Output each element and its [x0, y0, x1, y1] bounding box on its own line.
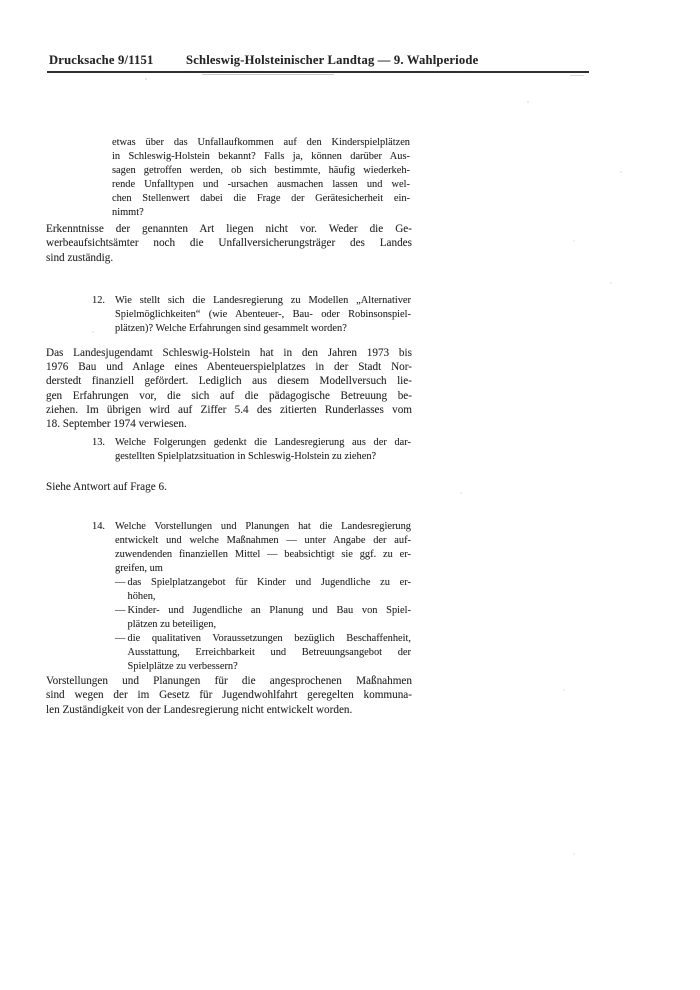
answer-11: Erkenntnisse der genannten Art liegen ni…: [46, 222, 412, 265]
text-line: 18. September 1974 verwiesen.: [46, 417, 412, 431]
header-rule: [47, 71, 589, 73]
header-rule-tail: [570, 75, 584, 76]
scan-noise: [0, 0, 2, 2]
text-line: Erkenntnisse der genannten Art liegen ni…: [46, 222, 412, 236]
text-line: die qualitativen Voraussetzungen bezügli…: [128, 632, 412, 646]
text-line: Vorstellungen und Planungen für die ange…: [46, 674, 412, 688]
text-line: sind zuständig.: [46, 251, 412, 265]
dash-bullet-marker: —: [115, 576, 128, 604]
text-line: ziehen. Im übrigen wird auf Ziffer 5.4 d…: [46, 403, 412, 417]
text-line: gen Erfahrungen vor, die sich auf die pä…: [46, 389, 412, 403]
question-14-bullet-2: — Kinder- und Jugendliche an Planung und…: [115, 604, 411, 632]
question-14-content: Welche Vorstellungen und Planungen hat d…: [115, 520, 411, 674]
text-line: Ausstattung, Erreichbarkeit und Betreuun…: [128, 646, 412, 660]
text-line: rende Unfalltypen und -ursachen ausmache…: [112, 178, 410, 192]
question-14: 14. Welche Vorstellungen und Planungen h…: [92, 520, 411, 674]
text-line: das Spielplatzangebot für Kinder und Jug…: [128, 576, 412, 590]
text-line: Welche Vorstellungen und Planungen hat d…: [115, 520, 411, 534]
answer-12: Das Landesjugendamt Schleswig-Holstein h…: [46, 346, 412, 432]
answer-13: Siehe Antwort auf Frage 6.: [46, 480, 412, 494]
text-line: plätzen)? Welche Erfahrungen sind gesamm…: [115, 322, 411, 336]
bullet-3-text: die qualitativen Voraussetzungen bezügli…: [128, 632, 412, 674]
header-rule-shadow: [202, 74, 334, 75]
text-line: Wie stellt sich die Landesregierung zu M…: [115, 294, 411, 308]
text-line: Spielplätze zu verbessern?: [128, 660, 412, 674]
text-line: sagen getroffen werden, ob sich bestimmt…: [112, 164, 410, 178]
text-line: plätzen zu beteiligen,: [128, 618, 412, 632]
text-line: sind wegen der im Gesetz für Jugendwohlf…: [46, 688, 412, 702]
question-13-number: 13.: [92, 436, 115, 464]
question-13: 13. Welche Folgerungen gedenkt die Lande…: [92, 436, 411, 464]
bullet-1-text: das Spielplatzangebot für Kinder und Jug…: [128, 576, 412, 604]
text-line: in Schleswig-Holstein bekannt? Falls ja,…: [112, 150, 410, 164]
question-14-bullet-3: — die qualitativen Voraussetzungen bezüg…: [115, 632, 411, 674]
document-page: Drucksache 9/1151 Schleswig-Holsteinisch…: [0, 0, 700, 990]
text-line: Kinder- und Jugendliche an Planung und B…: [128, 604, 412, 618]
text-line: werbeaufsichtsämter noch die Unfallversi…: [46, 236, 412, 250]
text-line: Siehe Antwort auf Frage 6.: [46, 480, 412, 494]
text-line: entwickelt und welche Maßnahmen — unter …: [115, 534, 411, 548]
document-number: Drucksache 9/1151: [49, 53, 154, 68]
text-line: len Zuständigkeit von der Landesregierun…: [46, 703, 412, 717]
question-14-number: 14.: [92, 520, 115, 674]
header-title: Schleswig-Holsteinischer Landtag — 9. Wa…: [186, 53, 478, 68]
question-11-continuation: etwas über das Unfallaufkommen auf den K…: [112, 136, 410, 220]
text-line: nimmt?: [112, 206, 410, 220]
text-line: Welche Folgerungen gedenkt die Landesreg…: [115, 436, 411, 450]
question-12-number: 12.: [92, 294, 115, 336]
text-line: derstedt finanziell gefördert. Lediglich…: [46, 374, 412, 388]
question-12: 12. Wie stellt sich die Landesregierung …: [92, 294, 411, 336]
text-line: etwas über das Unfallaufkommen auf den K…: [112, 136, 410, 150]
question-14-intro: Welche Vorstellungen und Planungen hat d…: [115, 520, 411, 576]
question-14-bullet-1: — das Spielplatzangebot für Kinder und J…: [115, 576, 411, 604]
dash-bullet-marker: —: [115, 632, 128, 674]
text-line: höhen,: [128, 590, 412, 604]
text-line: Das Landesjugendamt Schleswig-Holstein h…: [46, 346, 412, 360]
question-13-text: Welche Folgerungen gedenkt die Landesreg…: [115, 436, 411, 464]
text-line: zuwendenden finanziellen Mittel — beabsi…: [115, 548, 411, 562]
text-line: greifen, um: [115, 562, 411, 576]
dash-bullet-marker: —: [115, 604, 128, 632]
text-line: chen Stellenwert dabei die Frage der Ger…: [112, 192, 410, 206]
text-line: gestellten Spielplatzsituation in Schles…: [115, 450, 411, 464]
bullet-2-text: Kinder- und Jugendliche an Planung und B…: [128, 604, 412, 632]
text-line: 1976 Bau und Anlage eines Abenteuerspiel…: [46, 360, 412, 374]
question-12-text: Wie stellt sich die Landesregierung zu M…: [115, 294, 411, 336]
text-line: Spielmöglichkeiten“ (wie Abenteuer-, Bau…: [115, 308, 411, 322]
answer-14: Vorstellungen und Planungen für die ange…: [46, 674, 412, 717]
